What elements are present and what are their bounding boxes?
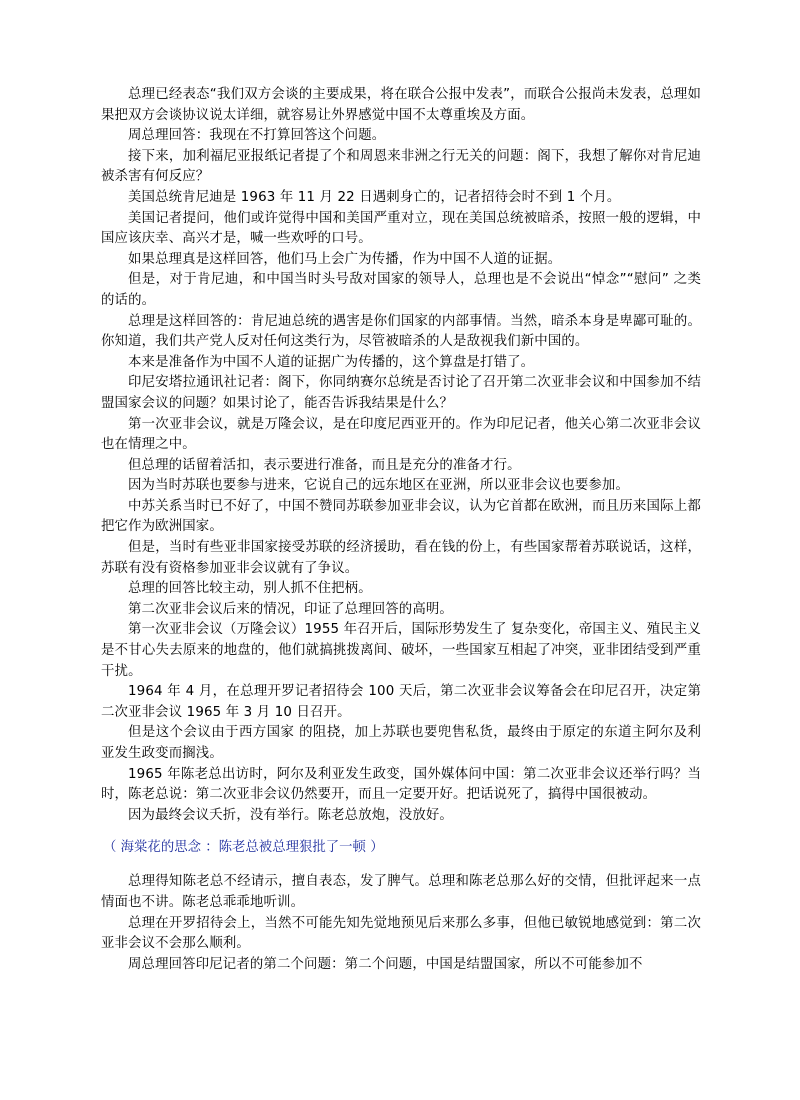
paragraph: 总理已经表态“我们双方会谈的主要成果，将在联合公报中发表”，而联合公报尚未发表，… — [101, 85, 701, 126]
paragraph: 第一次亚非会议（万隆会议）1955 年召开后，国际形势发生了 复杂变化，帝国主义… — [101, 620, 701, 682]
paragraph: 第一次亚非会议，就是万隆会议，是在印度尼西亚开的。作为印尼记者，他关心第二次亚非… — [101, 415, 701, 456]
paragraph: 1964 年 4 月，在总理开罗记者招待会 100 天后，第二次亚非会议筹备会在… — [101, 682, 701, 723]
paragraph: 总理在开罗招待会上，当然不可能先知先觉地预见后来那么多事，但他已敏锐地感觉到：第… — [101, 914, 701, 955]
paragraph: 因为最终会议夭折，没有举行。陈老总放炮，没放好。 — [101, 806, 701, 827]
paragraph: 但是，当时有些亚非国家接受苏联的经济援助，看在钱的份上，有些国家帮着苏联说话，这… — [101, 538, 701, 579]
paragraph: 美国记者提问，他们或许觉得中国和美国严重对立，现在美国总统被暗杀，按照一般的逻辑… — [101, 209, 701, 250]
paragraph: 美国总统肯尼迪是 1963 年 11 月 22 日遇刺身亡的，记者招待会时不到 … — [101, 188, 701, 209]
paragraph: 周总理回答印尼记者的第二个问题：第二个问题，中国是结盟国家，所以不可能参加不 — [101, 955, 701, 976]
paragraph: 接下来，加利福尼亚报纸记者提了个和周恩来非洲之行无关的问题：阁下，我想了解你对肯… — [101, 147, 701, 188]
paragraph: 印尼安塔拉通讯社记者：阁下，你同纳赛尔总统是否讨论了召开第二次亚非会议和中国参加… — [101, 373, 701, 414]
paragraph: 1965 年陈老总出访时，阿尔及利亚发生政变，国外媒体问中国：第二次亚非会议还举… — [101, 765, 701, 806]
section-heading: （ 海棠花的思念 ：陈老总被总理狠批了一顿 ） — [101, 838, 701, 858]
paragraph: 周总理回答：我现在不打算回答这个问题。 — [101, 126, 701, 147]
paragraph: 本来是准备作为中国不人道的证据广为传播的，这个算盘是打错了。 — [101, 353, 701, 374]
paragraph: 但是，对于肯尼迪，和中国当时头号敌对国家的领导人，总理也是不会说出“悼念”“慰问… — [101, 270, 701, 311]
paragraph: 中苏关系当时已不好了，中国不赞同苏联参加亚非会议，认为它首都在欧洲，而且历来国际… — [101, 497, 701, 538]
document-page: 总理已经表态“我们双方会谈的主要成果，将在联合公报中发表”，而联合公报尚未发表，… — [101, 85, 701, 975]
paragraph: 第二次亚非会议后来的情况，印证了总理回答的高明。 — [101, 600, 701, 621]
paragraph: 总理是这样回答的：肯尼迪总统的遇害是你们国家的内部事情。当然，暗杀本身是卑鄙可耻… — [101, 312, 701, 353]
paragraph: 总理的回答比较主动，别人抓不住把柄。 — [101, 579, 701, 600]
paragraph: 如果总理真是这样回答，他们马上会广为传播，作为中国不人道的证据。 — [101, 250, 701, 271]
paragraph: 但总理的话留着活扣，表示要进行准备，而且是充分的准备才行。 — [101, 456, 701, 477]
paragraph: 但是这个会议由于西方国家 的阻挠，加上苏联也要兜售私货，最终由于原定的东道主阿尔… — [101, 723, 701, 764]
paragraph: 因为当时苏联也要参与进来，它说自己的远东地区在亚洲，所以亚非会议也要参加。 — [101, 476, 701, 497]
paragraph: 总理得知陈老总不经请示，擅自表态，发了脾气。总理和陈老总那么好的交情，但批评起来… — [101, 872, 701, 913]
